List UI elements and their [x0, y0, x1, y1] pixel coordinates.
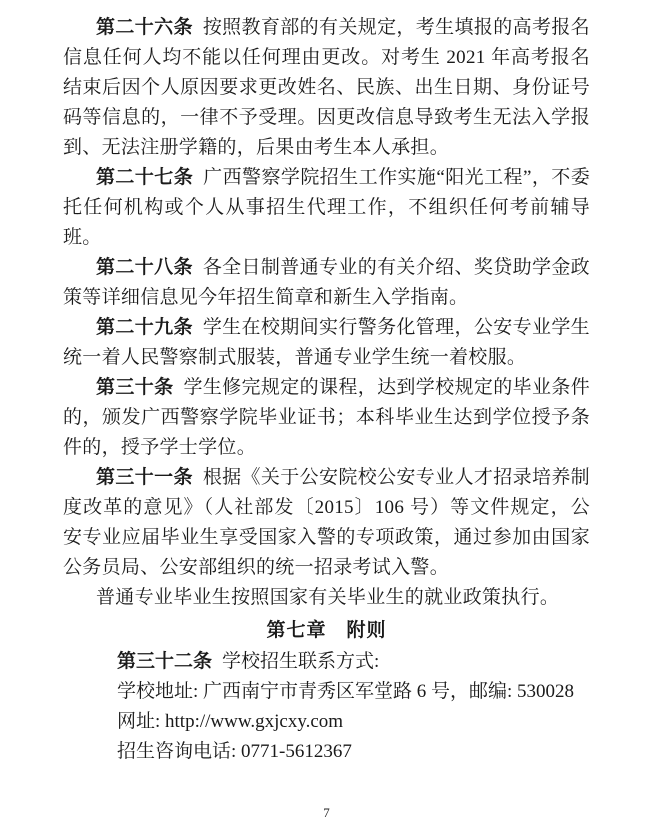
article-paragraph-28: 第二十八条各全日制普通专业的有关介绍、奖贷助学金政策等详细信息见今年招生简章和新…	[63, 253, 590, 313]
contact-phone-line: 招生咨询电话: 0771-5612367	[117, 737, 590, 767]
document-page: 第二十六条按照教育部的有关规定，考生填报的高考报名信息任何人均不能以任何理由更改…	[0, 0, 653, 827]
article-26-label: 第二十六条	[96, 17, 193, 38]
article-26-text: 按照教育部的有关规定，考生填报的高考报名信息任何人均不能以任何理由更改。对考生 …	[63, 17, 590, 158]
article-paragraph-26: 第二十六条按照教育部的有关规定，考生填报的高考报名信息任何人均不能以任何理由更改…	[63, 13, 590, 163]
contact-block: 第三十二条学校招生联系方式: 学校地址: 广西南宁市青秀区军堂路 6 号，邮编:…	[117, 647, 590, 767]
article-paragraph-27: 第二十七条广西警察学院招生工作实施“阳光工程”，不委托任何机构或个人从事招生代理…	[63, 163, 590, 253]
article-31-label: 第三十一条	[96, 467, 193, 488]
article-paragraph-29: 第二十九条学生在校期间实行警务化管理，公安专业学生统一着人民警察制式服装，普通专…	[63, 313, 590, 373]
contact-address-line: 学校地址: 广西南宁市青秀区军堂路 6 号，邮编: 530028	[117, 677, 590, 707]
article-27-label: 第二十七条	[96, 167, 193, 188]
article-paragraph-32: 第三十二条学校招生联系方式:	[117, 647, 590, 677]
article-paragraph-31: 第三十一条根据《关于公安院校公安专业人才招录培养制度改革的意见》（人社部发〔20…	[63, 463, 590, 583]
chapter-heading: 第七章 附则	[63, 615, 590, 646]
article-29-label: 第二十九条	[96, 317, 193, 338]
contact-website-line: 网址: http://www.gxjcxy.com	[117, 707, 590, 737]
article-31-second-paragraph: 普通专业毕业生按照国家有关毕业生的就业政策执行。	[63, 583, 590, 613]
document-body: 第二十六条按照教育部的有关规定，考生填报的高考报名信息任何人均不能以任何理由更改…	[63, 13, 590, 767]
article-32-label: 第三十二条	[117, 651, 212, 672]
page-number: 7	[0, 806, 653, 820]
article-28-label: 第二十八条	[96, 257, 193, 278]
article-paragraph-30: 第三十条学生修完规定的课程，达到学校规定的毕业条件的，颁发广西警察学院毕业证书；…	[63, 373, 590, 463]
article-32-text: 学校招生联系方式:	[222, 651, 379, 672]
article-30-label: 第三十条	[96, 377, 173, 398]
